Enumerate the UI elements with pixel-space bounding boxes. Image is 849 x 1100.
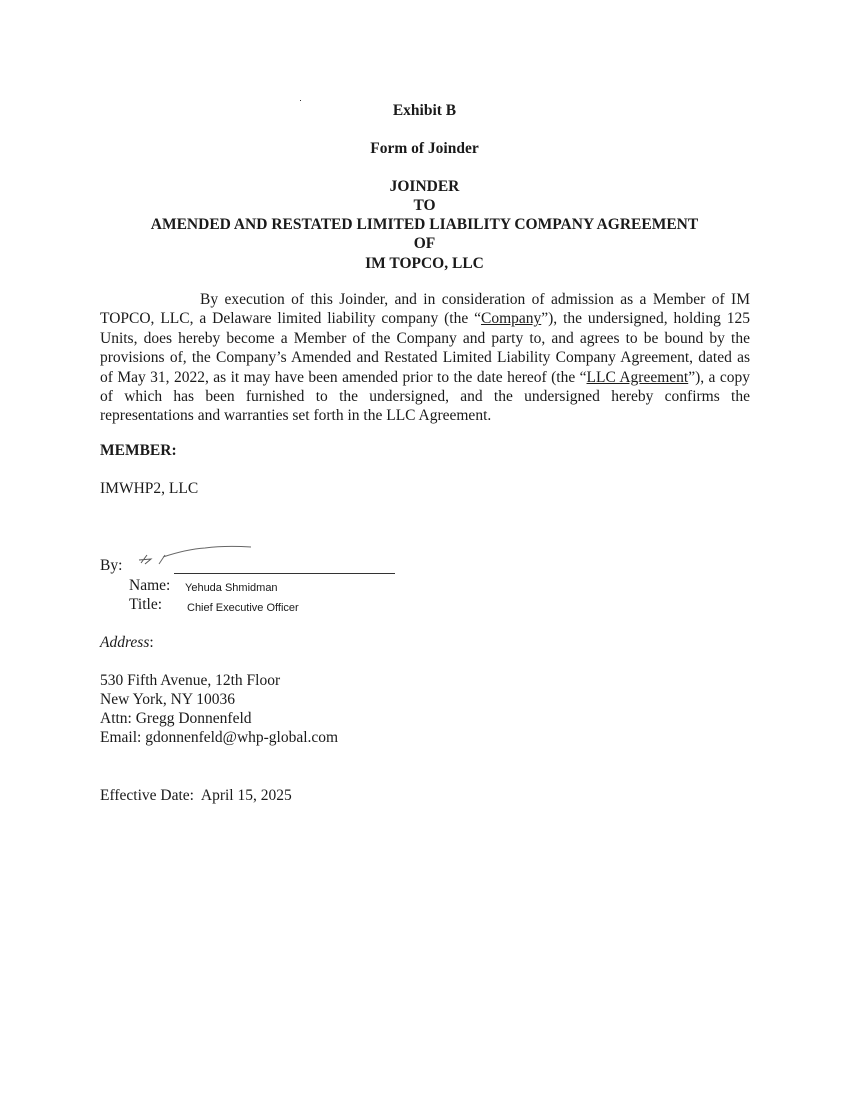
signer-name: Yehuda Shmidman: [185, 579, 278, 598]
address-email: Email: gdonnenfeld@whp-global.com: [100, 728, 338, 747]
effective-date: Effective Date: April 15, 2025: [100, 786, 292, 805]
title-line-2: TO: [0, 196, 849, 215]
address-line-3: Attn: Gregg Donnenfeld: [100, 709, 252, 728]
effective-date-value: April 15, 2025: [201, 787, 292, 804]
title-line-3: AMENDED AND RESTATED LIMITED LIABILITY C…: [0, 215, 849, 234]
joinder-paragraph: By execution of this Joinder, and in con…: [100, 290, 750, 426]
address-label-text: Address: [100, 634, 149, 651]
document-page: Exhibit B Form of Joinder JOINDER TO AME…: [0, 0, 849, 1100]
name-label: Name:: [129, 576, 170, 595]
member-name: IMWHP2, LLC: [100, 479, 198, 498]
defined-term-llc-agreement: LLC Agreement: [587, 369, 689, 386]
signature-icon: [135, 543, 255, 571]
exhibit-label: Exhibit B: [0, 101, 849, 120]
title-line-5: IM TOPCO, LLC: [0, 254, 849, 273]
title-label: Title:: [129, 595, 162, 614]
signature-line: [174, 573, 395, 574]
by-label: By:: [100, 556, 122, 575]
signer-title: Chief Executive Officer: [187, 599, 299, 618]
address-colon: :: [149, 634, 153, 651]
member-label: MEMBER:: [100, 441, 177, 460]
defined-term-company: Company: [481, 310, 541, 327]
address-line-1: 530 Fifth Avenue, 12th Floor: [100, 671, 280, 690]
address-line-2: New York, NY 10036: [100, 690, 235, 709]
effective-date-label: Effective Date:: [100, 787, 194, 804]
title-line-1: JOINDER: [0, 177, 849, 196]
form-title: Form of Joinder: [0, 139, 849, 158]
title-line-4: OF: [0, 234, 849, 253]
address-label: Address:: [100, 633, 154, 652]
